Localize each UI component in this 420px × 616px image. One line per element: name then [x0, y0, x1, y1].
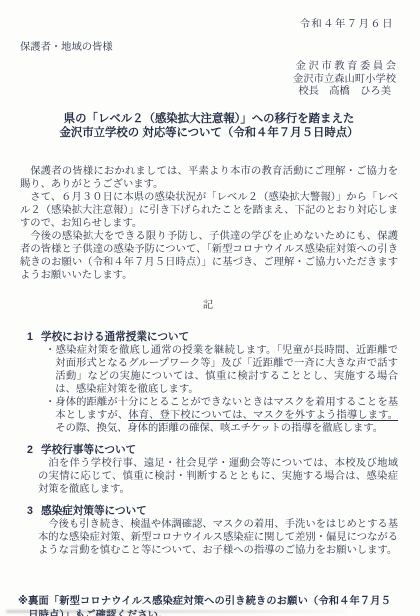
section-body: ・感染症対策を徹底し通常の授業を継続します。「児童が長時間、近距離で対面形式とな…	[45, 344, 398, 435]
document-title: 県の「レベル２（感染拡大注意報）」への移行を踏まえた 金沢市立学校の 対応等につ…	[20, 112, 398, 141]
addressee-line: 保護者・地域の皆様	[20, 41, 398, 54]
scan-artifact-line	[6, 610, 346, 613]
bullet-text-post: その際、換気、身体的距離の確保、咳エチケットの指導を徹底します。	[55, 423, 383, 434]
section-number: 3	[27, 505, 41, 518]
section-normal-classes: 1 学校における通常授業について ・感染症対策を徹底し通常の授業を継続します。「…	[20, 331, 398, 435]
underlined-mask-instruction: 体育、登下校については、マスクを外すよう指導します。	[128, 410, 398, 421]
section-paragraph: 今後も引き続き、検温や体調確認、マスクの着用、手洗いをはじめとする基本的な感染症…	[38, 518, 398, 557]
paragraph-greeting: 保護者の皆様におかれましては、平素より本市の教育活動にご理解・ご協力を賜り、あり…	[20, 165, 398, 191]
document-page: 令和４年７月６日 保護者・地域の皆様 金 沢 市 教 育 委 員 会 金沢市立森…	[0, 0, 420, 616]
section-heading: 感染症対策等について	[41, 505, 147, 518]
section-number: 2	[27, 444, 41, 457]
section-heading: 学校における通常授業について	[41, 331, 189, 344]
sender-school: 金沢市立森山町小学校	[20, 74, 396, 87]
sender-block: 金 沢 市 教 育 委 員 会 金沢市立森山町小学校 校長 高橋 ひろ美	[20, 61, 398, 99]
bullet-item-infection-measures: ・感染症対策を徹底し通常の授業を継続します。「児童が長時間、近距離で対面形式とな…	[45, 344, 398, 396]
title-line-2: 金沢市立学校の 対応等について（令和４年７月５日時点）	[20, 126, 398, 141]
sections-list: 1 学校における通常授業について ・感染症対策を徹底し通常の授業を継続します。「…	[20, 331, 398, 557]
section-heading-row: 3 感染症対策等について	[20, 505, 398, 518]
section-school-events: 2 学校行事等について 泊を伴う学校行事、遠足・社会見学・運動会等については、本…	[20, 444, 398, 496]
document-date: 令和４年７月６日	[20, 18, 398, 31]
section-heading: 学校行事等について	[41, 444, 136, 457]
section-infection-countermeasures: 3 感染症対策等について 今後も引き続き、検温や体調確認、マスクの着用、手洗いを…	[20, 505, 398, 557]
sender-principal: 校長 高橋 ひろ美	[20, 86, 396, 99]
title-line-1: 県の「レベル２（感染拡大注意報）」への移行を踏まえた	[20, 112, 398, 127]
bullet-item-mask-guidance: ・身体的距離が十分にとることができないときはマスクを着用することを基本としますが…	[45, 396, 398, 435]
greeting-body: 保護者の皆様におかれましては、平素より本市の教育活動にご理解・ご協力を賜り、あり…	[20, 165, 398, 282]
record-mark: 記	[20, 299, 398, 312]
section-heading-row: 1 学校における通常授業について	[20, 331, 398, 344]
section-paragraph: 泊を伴う学校行事、遠足・社会見学・運動会等については、本校及び地域の実情に応じて…	[38, 457, 398, 496]
sender-organization: 金 沢 市 教 育 委 員 会	[20, 61, 396, 74]
paragraph-level-change: さて、６月３０日に本県の感染状況が「レベル２（感染拡大警報）」から「レベル２（感…	[20, 191, 398, 230]
section-heading-row: 2 学校行事等について	[20, 444, 398, 457]
paragraph-request: 今後の感染拡大をできる限り予防し、子供達の学びを止めないためにも、保護者の皆様と…	[20, 230, 398, 282]
section-number: 1	[27, 331, 41, 344]
